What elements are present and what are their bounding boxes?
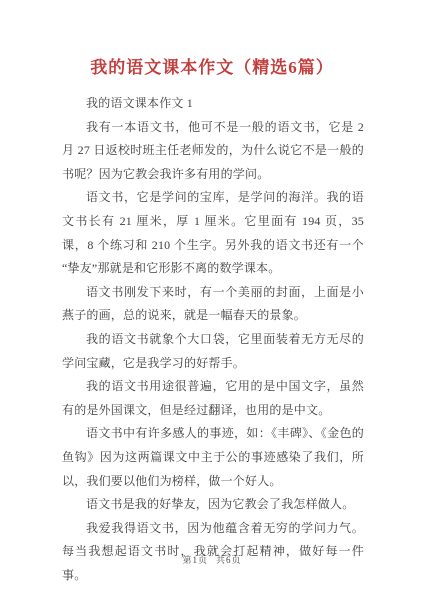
section-heading: 我的语文课本作文 1 xyxy=(62,92,364,116)
page-number-total: 共6页 xyxy=(216,553,242,566)
page-footer: 第1页共6页 xyxy=(0,553,424,566)
page-number-current: 第1页 xyxy=(182,553,208,566)
paragraph: 我的语文书就象个大口袋，它里面装着无方无尽的学问宝藏，它是我学习的好帮手。 xyxy=(62,328,364,375)
paragraph: 语文书中有许多感人的事迹，如：《丰碑》、《金色的鱼钩》因为这两篇课文中主于公的事… xyxy=(62,422,364,493)
paragraph: 我的语文书用途很普遍，它用的是中国文字，虽然有的是外国课文，但是经过翻译，也用的… xyxy=(62,375,364,422)
paragraph: 语文书刚发下来时，有一个美丽的封面，上面是小燕子的画，总的说来，就是一幅春天的景… xyxy=(62,281,364,328)
paragraph: 语文书是我的好挚友，因为它教会了我怎样做人。 xyxy=(62,493,364,517)
paragraph: 我有一本语文书，他可不是一般的语文书，它是 2 月 27 日返校时班主任老师发的… xyxy=(62,116,364,187)
document-body: 我的语文课本作文 1 我有一本语文书，他可不是一般的语文书，它是 2 月 27 … xyxy=(62,92,364,587)
document-page: 我的语文课本作文（精选6篇） 我的语文课本作文 1 我有一本语文书，他可不是一般… xyxy=(0,0,424,600)
paragraph: 语文书，它是学问的宝库，是学问的海洋。我的语文书长有 21 厘米，厚 1 厘米。… xyxy=(62,186,364,280)
document-title: 我的语文课本作文（精选6篇） xyxy=(0,0,424,78)
